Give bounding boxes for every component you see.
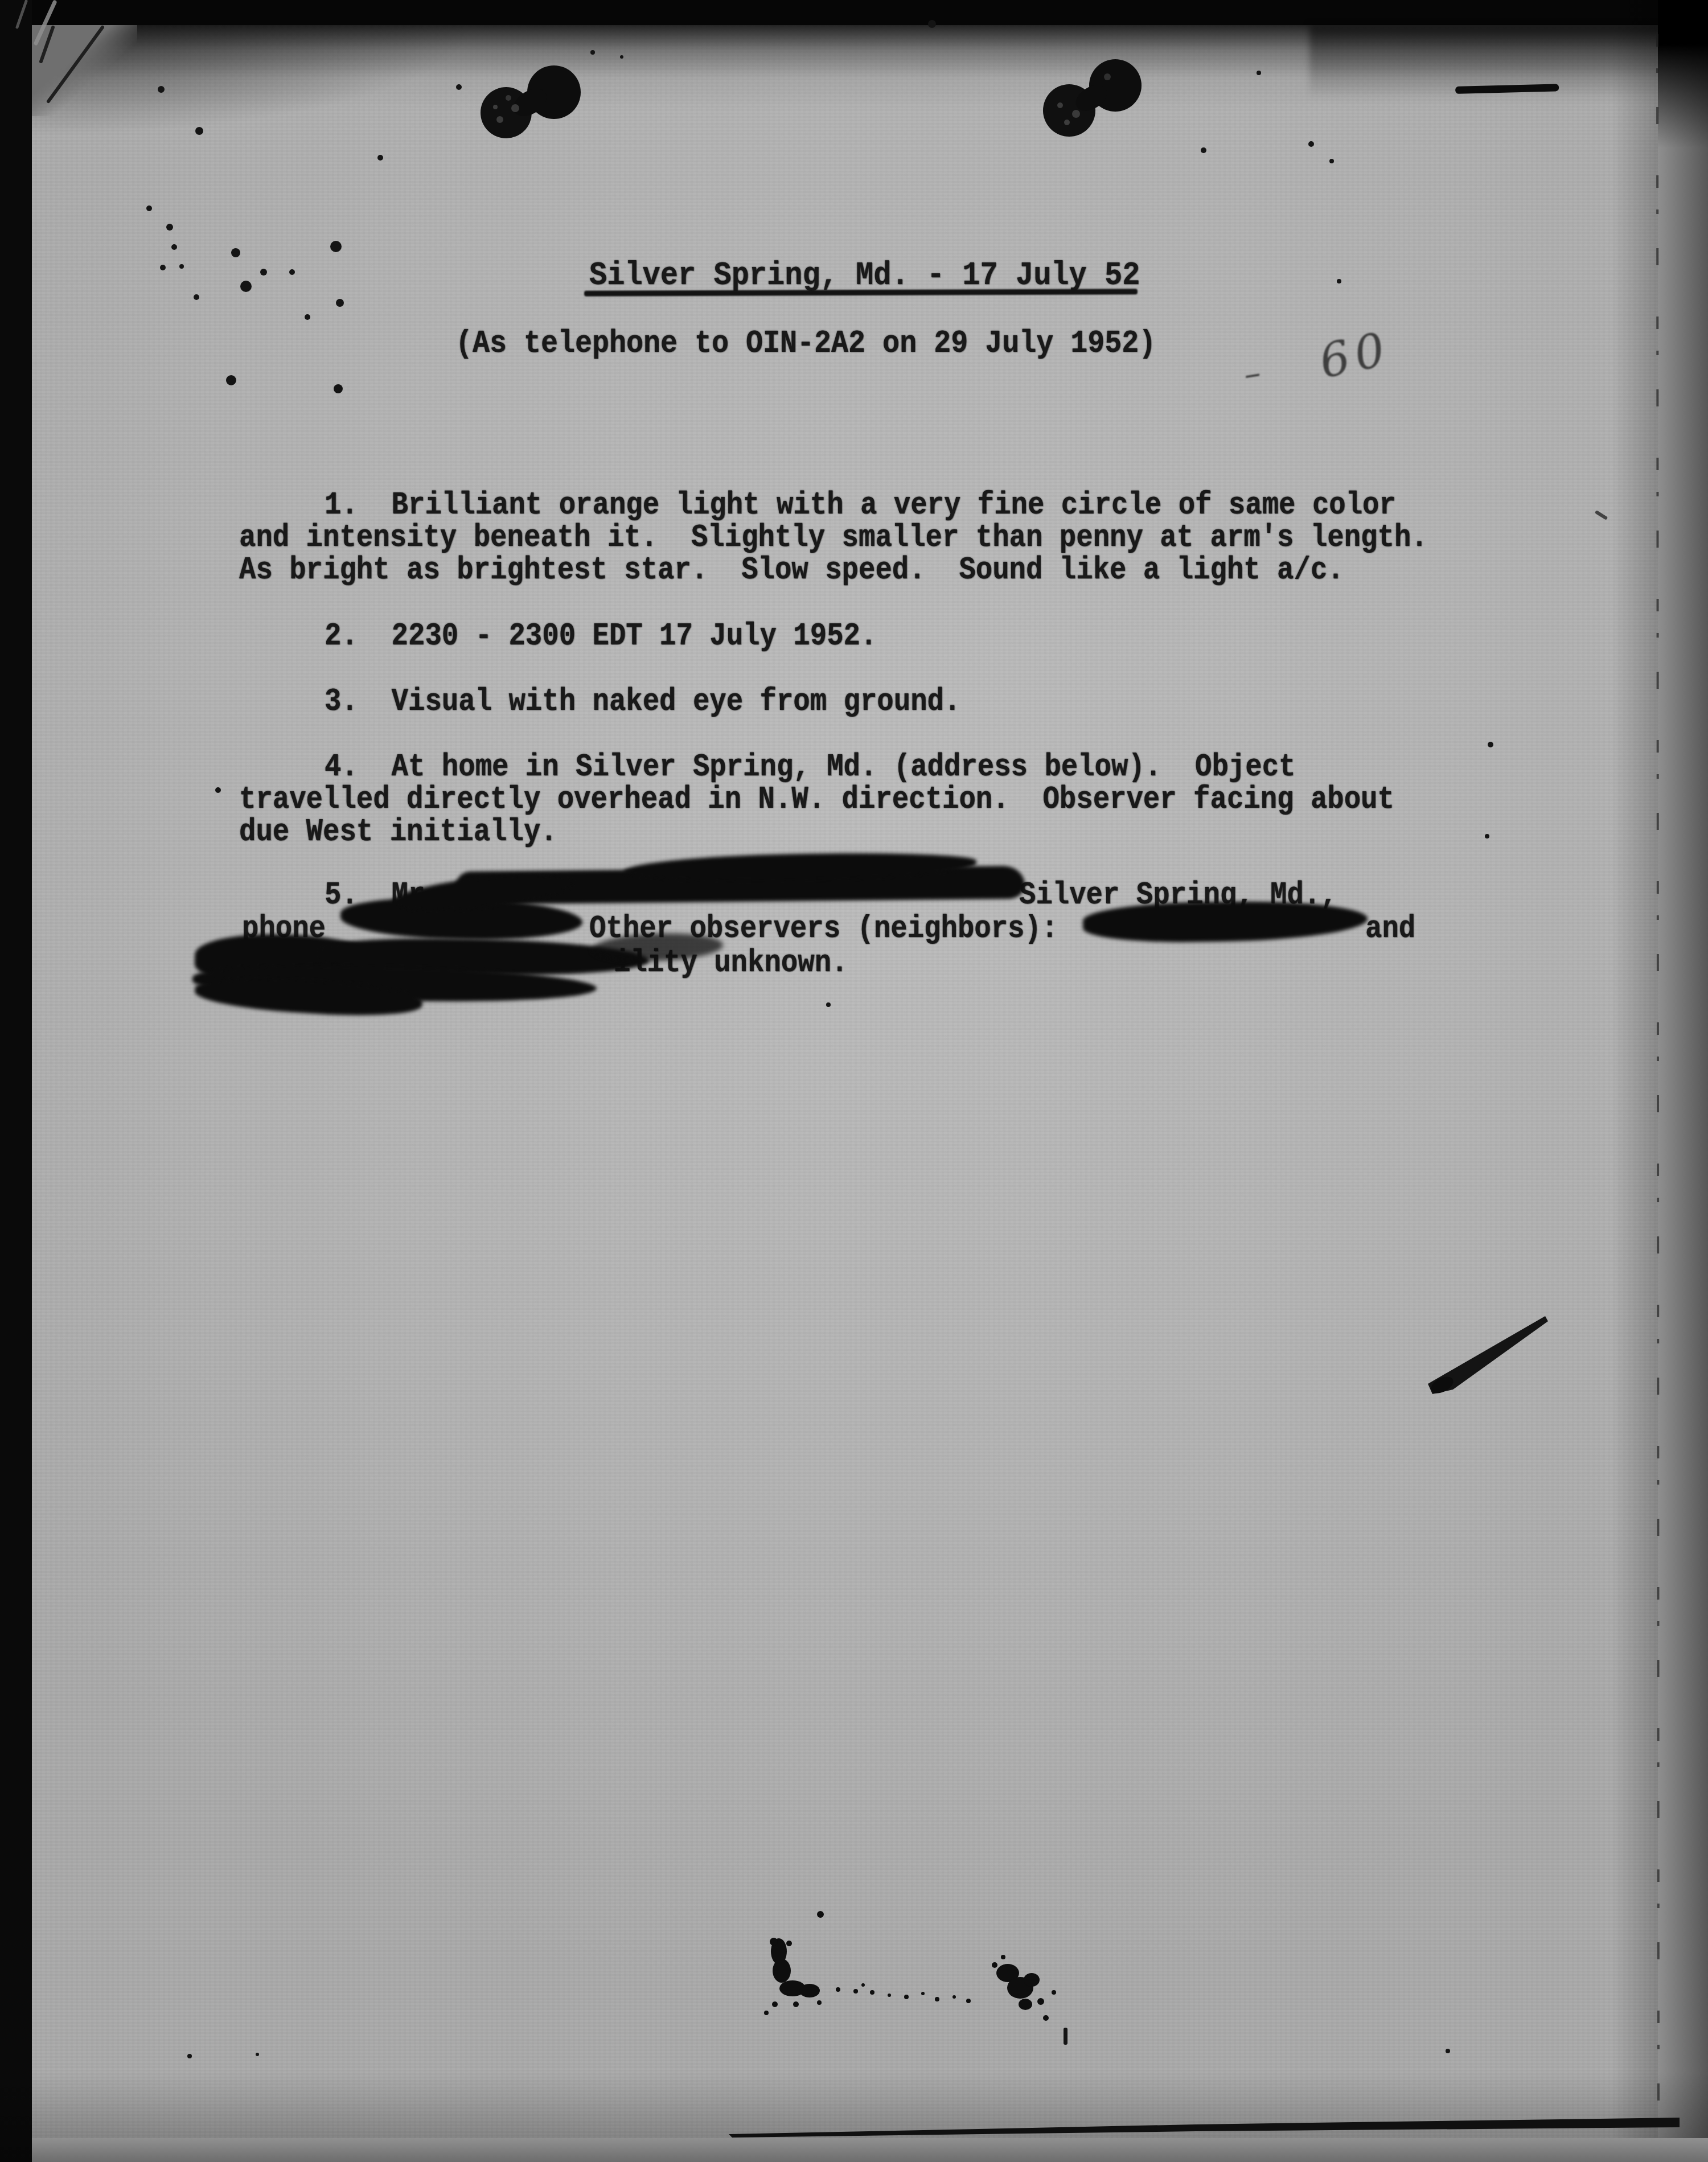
para4-line2: travelled directly overhead in N.W. dire… [239,782,1394,818]
scanner-right-top [1658,0,1708,148]
scanner-left-edge [0,0,32,2162]
para2-line1: 2. 2230 - 2300 EDT 17 July 1952. [325,618,877,655]
para1-line3: As bright as brightest star. Slow speed.… [239,552,1344,589]
para3-line1: 3. Visual with naked eye from ground. [325,684,960,720]
page-right-shadow [1611,0,1658,2162]
document-paper [32,0,1658,2162]
folded-corner [32,25,137,116]
document-subtitle: (As telephone to OIN-2A2 on 29 July 1952… [455,326,1156,362]
document-title: Silver Spring, Md. - 17 July 52 [589,257,1140,294]
para5-and: and [1365,911,1415,947]
para1-line2: and intensity beneath it. Slightly small… [239,520,1428,556]
para4-line3: due West initially. [239,814,557,850]
scanner-top-edge [0,0,1708,26]
para4-line1: 4. At home in Silver Spring, Md. (addres… [325,749,1295,786]
scanner-bottom-backing [32,2138,1708,2162]
scan-background: Silver Spring, Md. - 17 July 52 (As tele… [0,0,1708,2162]
scanner-right-backing [1658,0,1708,2162]
para1-line1: 1. Brilliant orange light with a very fi… [325,487,1396,524]
